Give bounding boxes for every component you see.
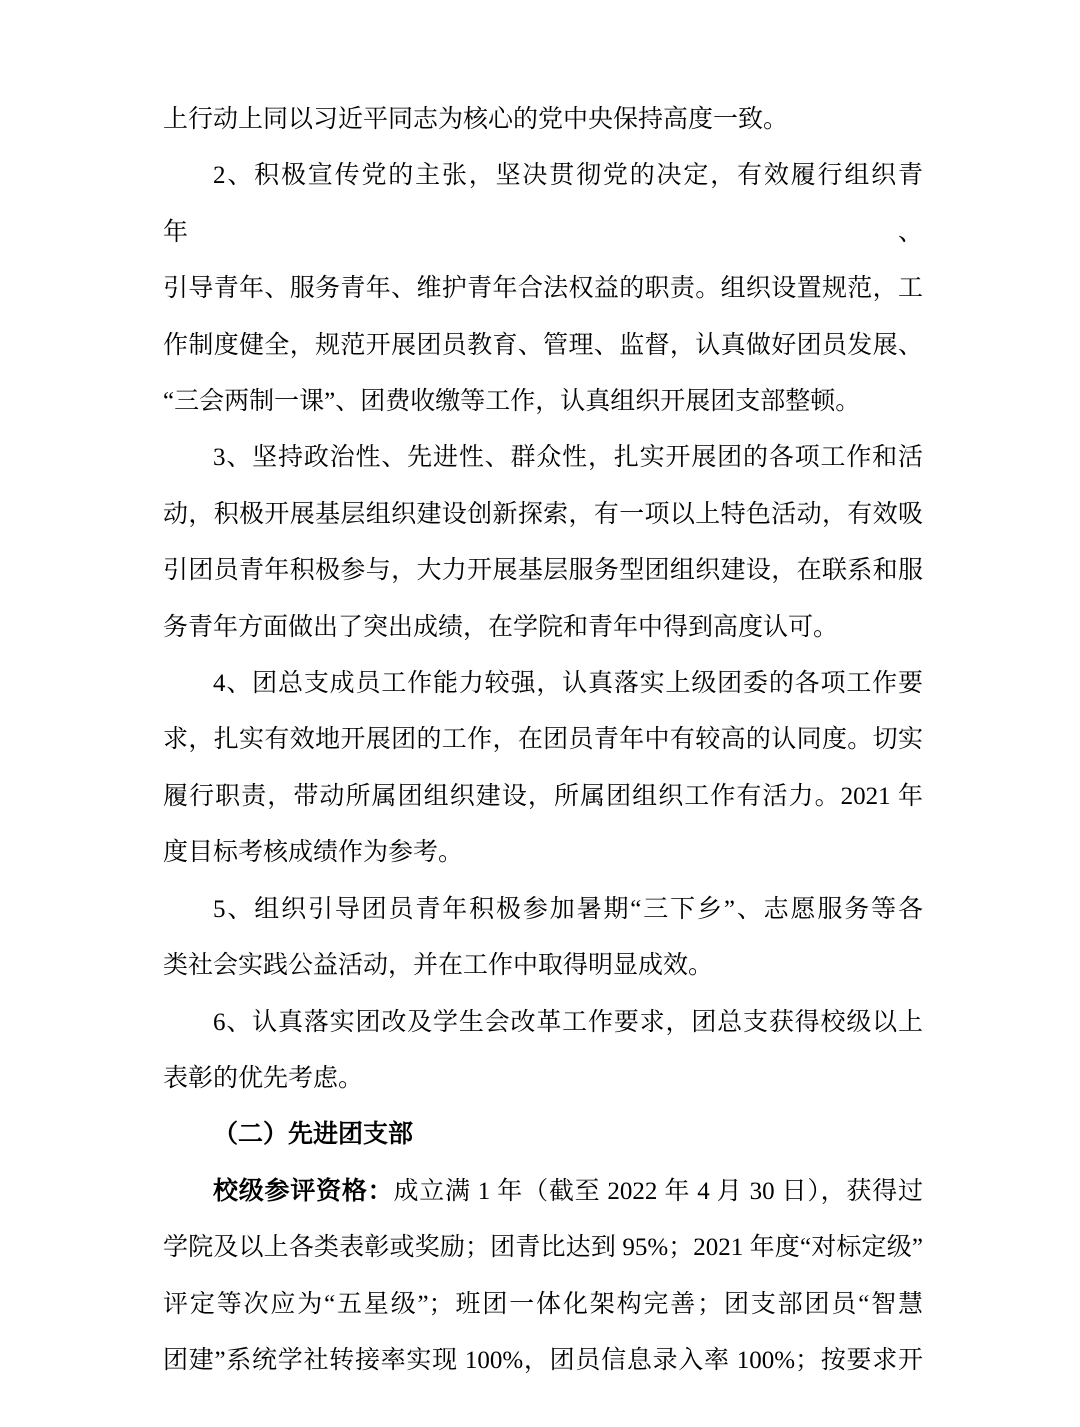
document-page: 上行动上同以习近平同志为核心的党中央保持高度一致。2、积极宣传党的主张，坚决贯彻…: [0, 0, 1080, 1427]
text-run: 动，积极开展基层组织建设创新探索，有一项以上特色活动，有效吸: [163, 501, 923, 528]
text-line: 团建”系统学社转接率实现 100%，团员信息录入率 100%；按要求开: [163, 1333, 923, 1389]
text-run: 求，扎实有效地开展团的工作，在团员青年中有较高的认同度。切实: [163, 726, 923, 753]
text-run: 团建”系统学社转接率实现 100%，团员信息录入率 100%；按要求开: [163, 1347, 923, 1374]
bold-text-run: （二）先进团支部: [213, 1121, 413, 1148]
text-line: 引导青年、服务青年、维护青年合法权益的职责。组织设置规范，工: [163, 261, 923, 317]
paragraph-item-4: 4、团总支成员工作能力较强，认真落实上级团委的各项工作要求，扎实有效地开展团的工…: [163, 656, 923, 882]
text-line: 4、团总支成员工作能力较强，认真落实上级团委的各项工作要: [163, 656, 923, 712]
paragraph-item-3: 3、坚持政治性、先进性、群众性，扎实开展团的各项工作和活动，积极开展基层组织建设…: [163, 430, 923, 656]
text-run: “三会两制一课”、团费收缴等工作，认真组织开展团支部整顿。: [163, 388, 860, 415]
text-run: 作制度健全，规范开展团员教育、管理、监督，认真做好团员发展、: [163, 332, 923, 359]
text-line: 度目标考核成绩作为参考。: [163, 825, 923, 881]
paragraph-item-2: 2、积极宣传党的主张，坚决贯彻党的决定，有效履行组织青年、引导青年、服务青年、维…: [163, 148, 923, 430]
text-run: 履行职责，带动所属团组织建设，所属团组织工作有活力。2021 年: [163, 783, 923, 810]
text-line: 校级参评资格：成立满 1 年（截至 2022 年 4 月 30 日），获得过: [163, 1164, 923, 1220]
heading-section-2: （二）先进团支部: [163, 1107, 923, 1163]
text-run: 2、积极宣传党的主张，坚决贯彻党的决定，有效履行组织青年、: [163, 162, 923, 245]
text-line: 类社会实践公益活动，并在工作中取得明显成效。: [163, 938, 923, 994]
text-line: 3、坚持政治性、先进性、群众性，扎实开展团的各项工作和活: [163, 430, 923, 486]
text-run: 学院及以上各类表彰或奖励；团青比达到 95%；2021 年度“对标定级”: [163, 1234, 923, 1261]
text-line: 求，扎实有效地开展团的工作，在团员青年中有较高的认同度。切实: [163, 712, 923, 768]
text-line: 务青年方面做出了突出成绩，在学院和青年中得到高度认可。: [163, 600, 923, 656]
paragraph-continuation: 上行动上同以习近平同志为核心的党中央保持高度一致。: [163, 92, 923, 148]
text-line: 表彰的优先考虑。: [163, 1051, 923, 1107]
text-run: 表彰的优先考虑。: [163, 1065, 363, 1092]
text-line: 履行职责，带动所属团组织建设，所属团组织工作有活力。2021 年: [163, 769, 923, 825]
bold-text-run: 校级参评资格：: [213, 1178, 393, 1205]
text-line: “三会两制一课”、团费收缴等工作，认真组织开展团支部整顿。: [163, 374, 923, 430]
text-run: 务青年方面做出了突出成绩，在学院和青年中得到高度认可。: [163, 614, 838, 641]
paragraph-item-5: 5、组织引导团员青年积极参加暑期“三下乡”、志愿服务等各类社会实践公益活动，并在…: [163, 882, 923, 995]
text-line: 5、组织引导团员青年积极参加暑期“三下乡”、志愿服务等各: [163, 882, 923, 938]
text-run: 上行动上同以习近平同志为核心的党中央保持高度一致。: [163, 106, 788, 133]
text-run: 引导青年、服务青年、维护青年合法权益的职责。组织设置规范，工: [163, 275, 923, 302]
paragraph-item-6: 6、认真落实团改及学生会改革工作要求，团总支获得校级以上表彰的优先考虑。: [163, 995, 923, 1108]
text-line: 上行动上同以习近平同志为核心的党中央保持高度一致。: [163, 92, 923, 148]
text-run: 成立满 1 年（截至 2022 年 4 月 30 日），获得过: [393, 1178, 923, 1205]
text-run: 3、坚持政治性、先进性、群众性，扎实开展团的各项工作和活: [213, 444, 923, 471]
text-run: 6、认真落实团改及学生会改革工作要求，团总支获得校级以上: [213, 1009, 923, 1036]
text-line: 引团员青年积极参与，大力开展基层服务型团组织建设，在联系和服: [163, 543, 923, 599]
text-line: 学院及以上各类表彰或奖励；团青比达到 95%；2021 年度“对标定级”: [163, 1220, 923, 1276]
text-run: 度目标考核成绩作为参考。: [163, 839, 463, 866]
text-run: 类社会实践公益活动，并在工作中取得明显成效。: [163, 952, 713, 979]
text-run: 4、团总支成员工作能力较强，认真落实上级团委的各项工作要: [213, 670, 923, 697]
text-run: 引团员青年积极参与，大力开展基层服务型团组织建设，在联系和服: [163, 557, 923, 584]
text-line: 评定等次应为“五星级”；班团一体化架构完善；团支部团员“智慧: [163, 1277, 923, 1333]
text-line: 动，积极开展基层组织建设创新探索，有一项以上特色活动，有效吸: [163, 487, 923, 543]
text-run: 5、组织引导团员青年积极参加暑期“三下乡”、志愿服务等各: [213, 896, 923, 923]
paragraph-qualification: 校级参评资格：成立满 1 年（截至 2022 年 4 月 30 日），获得过学院…: [163, 1164, 923, 1390]
text-line: （二）先进团支部: [163, 1107, 923, 1163]
text-line: 作制度健全，规范开展团员教育、管理、监督，认真做好团员发展、: [163, 318, 923, 374]
document-body: 上行动上同以习近平同志为核心的党中央保持高度一致。2、积极宣传党的主张，坚决贯彻…: [163, 92, 923, 1389]
text-line: 6、认真落实团改及学生会改革工作要求，团总支获得校级以上: [163, 995, 923, 1051]
text-run: 评定等次应为“五星级”；班团一体化架构完善；团支部团员“智慧: [163, 1291, 923, 1318]
text-line: 2、积极宣传党的主张，坚决贯彻党的决定，有效履行组织青年、: [163, 148, 923, 261]
